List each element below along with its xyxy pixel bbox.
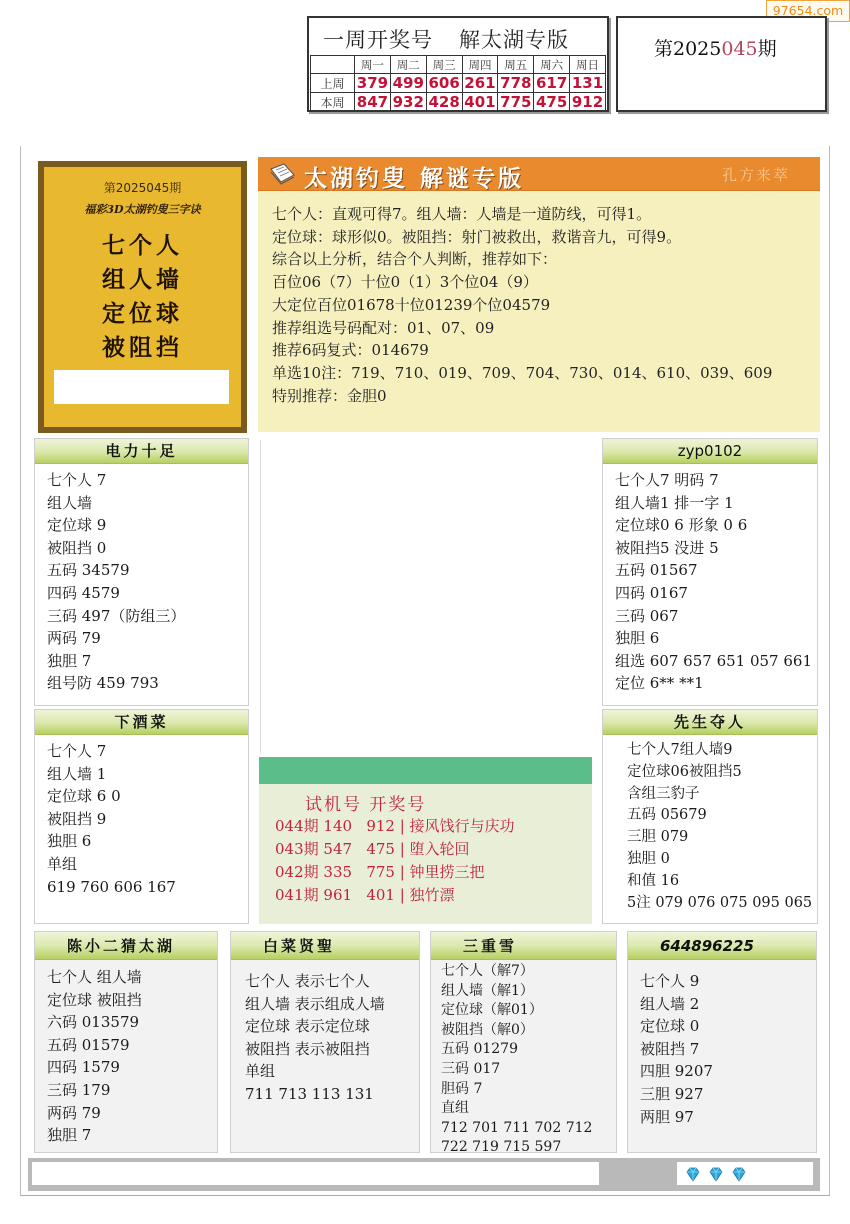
tip-line: 722 719 715 597 bbox=[441, 1138, 616, 1158]
draw-number: 847 bbox=[355, 93, 391, 112]
draw-number: 617 bbox=[534, 74, 570, 93]
tip-box-baicai: 白菜贤聖 七个人 表示七个人 组人墙 表示组成人墙 定位球 表示定位球 被阻挡 … bbox=[230, 931, 420, 1153]
day-header: 周三 bbox=[426, 56, 462, 74]
tip-line: 组选 607 657 651 057 661 bbox=[615, 650, 817, 673]
analysis-body: 七个人：直观可得7。组人墙：人墙是一道防线，可得1。 定位球：球形似0。被阻挡：… bbox=[258, 191, 820, 407]
tip-line: 619 760 606 167 bbox=[47, 876, 248, 899]
tip-line: 两码 79 bbox=[47, 627, 248, 650]
tip-line: 直组 bbox=[441, 1099, 616, 1119]
tip-line: 三码 179 bbox=[47, 1079, 217, 1102]
tip-line: 被阻挡 表示被阻挡 bbox=[245, 1038, 419, 1061]
tip-line: 被阻挡 7 bbox=[640, 1038, 816, 1061]
tip-line: 5注 079 076 075 095 065 bbox=[627, 893, 817, 915]
tip-box-xiajiu: 下酒菜 七个人 7 组人墙 1 定位球 6 0 被阻挡 9 独胆 6 单组 61… bbox=[34, 709, 249, 924]
draw-number: 606 bbox=[426, 74, 462, 93]
tip-line: 组人墙 bbox=[47, 492, 248, 515]
tip-line: 独胆 6 bbox=[47, 830, 248, 853]
tip-line: 组人墙 表示组成人墙 bbox=[245, 993, 419, 1016]
riddle-line: 被阻挡 bbox=[44, 331, 241, 365]
trial-row: 042期 335 775 | 钟里捞三把 bbox=[275, 861, 592, 884]
trial-title: 试机号 开奖号 bbox=[259, 784, 592, 815]
riddle-line: 定位球 bbox=[44, 297, 241, 331]
tip-box-xiansheng: 先生夺人 七个人7组人墙9 定位球06被阻挡5 含组三豹子 五码 05679 三… bbox=[602, 709, 818, 924]
tip-line: 和值 16 bbox=[627, 871, 817, 893]
card-issue: 第2025045期 bbox=[44, 179, 241, 196]
card-blank-strip bbox=[54, 370, 229, 404]
day-header: 周六 bbox=[534, 56, 570, 74]
tip-line: 被阻挡（解0） bbox=[441, 1021, 616, 1041]
title-right: 解太湖专版 bbox=[459, 28, 569, 52]
diamond-icon bbox=[708, 1166, 724, 1182]
day-header: 周四 bbox=[462, 56, 498, 74]
tip-line: 组人墙 2 bbox=[640, 993, 816, 1016]
box-title: 先生夺人 bbox=[603, 710, 817, 735]
tip-line: 被阻挡5 没进 5 bbox=[615, 537, 817, 560]
row-label: 上周 bbox=[311, 74, 355, 93]
tip-line: 定位球 9 bbox=[47, 514, 248, 537]
draw-number: 778 bbox=[498, 74, 534, 93]
tip-box-dianli: 电力十足 七个人 7 组人墙 定位球 9 被阻挡 0 五码 34579 四码 4… bbox=[34, 438, 249, 706]
trial-header-band bbox=[259, 757, 592, 784]
box-title: zyp0102 bbox=[603, 439, 817, 464]
draw-number: 428 bbox=[426, 93, 462, 112]
analysis-line: 七个人：直观可得7。组人墙：人墙是一道防线，可得1。 bbox=[272, 203, 820, 226]
analysis-line: 单选10注：719、710、019、709、704、730、014、610、03… bbox=[272, 362, 820, 385]
analysis-title: 太湖钓叟解谜专版 bbox=[304, 160, 524, 193]
tip-line: 五码 01567 bbox=[615, 559, 817, 582]
draw-number: 775 bbox=[498, 93, 534, 112]
tip-box-zyp0102: zyp0102 七个人7 明码 7 组人墙1 排一字 1 定位球0 6 形象 0… bbox=[602, 438, 818, 706]
tip-line: 胆码 7 bbox=[441, 1080, 616, 1100]
box-title: 电力十足 bbox=[35, 439, 248, 464]
analysis-credit: 孔方来萃 bbox=[722, 164, 790, 185]
analysis-line: 大定位百位01678十位01239个位04579 bbox=[272, 294, 820, 317]
diamond-icon bbox=[731, 1166, 747, 1182]
riddle-line: 七个人 bbox=[44, 229, 241, 263]
box-title: 下酒菜 bbox=[35, 710, 248, 735]
center-blank-area bbox=[260, 440, 598, 753]
tip-line: 独胆 7 bbox=[47, 650, 248, 673]
weekly-results-panel: 一周开奖号解太湖专版 周一 周二 周三 周四 周五 周六 周日 上周 379 4… bbox=[307, 16, 609, 112]
analysis-header: 太湖钓叟解谜专版 孔方来萃 bbox=[258, 157, 820, 191]
tip-box-chen: 陈小二猜太湖 七个人 组人墙 定位球 被阻挡 六码 013579 五码 0157… bbox=[34, 931, 218, 1153]
document-icon bbox=[268, 163, 296, 185]
day-header: 周五 bbox=[498, 56, 534, 74]
box-title: 644896225 bbox=[628, 932, 816, 960]
day-header: 周一 bbox=[355, 56, 391, 74]
table-row: 本周 847 932 428 401 775 475 912 bbox=[311, 93, 606, 112]
tip-line: 定位球0 6 形象 0 6 bbox=[615, 514, 817, 537]
title-left: 一周开奖号 bbox=[323, 28, 433, 52]
tip-line: 五码 05679 bbox=[627, 805, 817, 827]
analysis-line: 特别推荐：金胆0 bbox=[272, 385, 820, 408]
draw-number: 932 bbox=[390, 93, 426, 112]
trial-row: 044期 140 912 | 接风饯行与庆功 bbox=[275, 815, 592, 838]
tip-line: 三码 067 bbox=[615, 605, 817, 628]
tip-line: 四码 4579 bbox=[47, 582, 248, 605]
tip-line: 五码 01579 bbox=[47, 1034, 217, 1057]
tip-line: 定位球（解01） bbox=[441, 1001, 616, 1021]
tip-line: 四码 1579 bbox=[47, 1056, 217, 1079]
tip-line: 组人墙1 排一字 1 bbox=[615, 492, 817, 515]
draw-number: 261 bbox=[462, 74, 498, 93]
riddle-line: 组人墙 bbox=[44, 263, 241, 297]
tip-line: 单组 bbox=[47, 853, 248, 876]
tip-line: 三码 497（防组三） bbox=[47, 605, 248, 628]
card-subtitle: 福彩3D太湖钓叟三字诀 bbox=[44, 201, 241, 217]
issue-number: 第2025045期 bbox=[654, 34, 777, 61]
analysis-line: 百位06（7）十位0（1）3个位04（9） bbox=[272, 271, 820, 294]
tip-line: 独胆 0 bbox=[627, 849, 817, 871]
tip-line: 定位球 表示定位球 bbox=[245, 1015, 419, 1038]
tip-line: 六码 013579 bbox=[47, 1011, 217, 1034]
tip-line: 七个人（解7） bbox=[441, 962, 616, 982]
weekly-results-table: 周一 周二 周三 周四 周五 周六 周日 上周 379 499 606 261 … bbox=[310, 55, 606, 112]
tip-line: 四码 0167 bbox=[615, 582, 817, 605]
footer-rating bbox=[677, 1162, 813, 1185]
tip-line: 七个人 组人墙 bbox=[47, 966, 217, 989]
draw-number: 499 bbox=[390, 74, 426, 93]
tip-line: 组号防 459 793 bbox=[47, 672, 248, 695]
tip-line: 七个人 表示七个人 bbox=[245, 970, 419, 993]
row-label: 本周 bbox=[311, 93, 355, 112]
draw-number: 401 bbox=[462, 93, 498, 112]
riddle-card: 第2025045期 福彩3D太湖钓叟三字诀 七个人 组人墙 定位球 被阻挡 bbox=[38, 161, 247, 433]
tip-line: 七个人7组人墙9 bbox=[627, 740, 817, 762]
day-header: 周日 bbox=[570, 56, 606, 74]
tip-line: 七个人 9 bbox=[640, 970, 816, 993]
analysis-line: 推荐6码复式：014679 bbox=[272, 339, 820, 362]
draw-number: 379 bbox=[355, 74, 391, 93]
tip-line: 定位 6** **1 bbox=[615, 672, 817, 695]
tip-line: 组人墙（解1） bbox=[441, 982, 616, 1002]
box-title: 陈小二猜太湖 bbox=[35, 932, 217, 960]
tip-line: 定位球 0 bbox=[640, 1015, 816, 1038]
diamond-icon bbox=[685, 1166, 701, 1182]
tip-line: 两码 79 bbox=[47, 1102, 217, 1125]
tip-box-sanchongxue: 三重雪 七个人（解7） 组人墙（解1） 定位球（解01） 被阻挡（解0） 五码 … bbox=[430, 931, 617, 1153]
tip-line: 三胆 079 bbox=[627, 827, 817, 849]
box-title: 三重雪 bbox=[431, 932, 616, 960]
draw-number: 131 bbox=[570, 74, 606, 93]
tip-line: 七个人7 明码 7 bbox=[615, 469, 817, 492]
tip-line: 定位球06被阻挡5 bbox=[627, 762, 817, 784]
tip-line: 被阻挡 0 bbox=[47, 537, 248, 560]
tip-box-644896225: 644896225 七个人 9 组人墙 2 定位球 0 被阻挡 7 四胆 920… bbox=[627, 931, 817, 1153]
analysis-panel: 太湖钓叟解谜专版 孔方来萃 七个人：直观可得7。组人墙：人墙是一道防线，可得1。… bbox=[258, 157, 820, 432]
table-row: 上周 379 499 606 261 778 617 131 bbox=[311, 74, 606, 93]
tip-line: 组人墙 1 bbox=[47, 763, 248, 786]
tip-line: 712 701 711 702 712 bbox=[441, 1119, 616, 1139]
tip-line: 含组三豹子 bbox=[627, 784, 817, 806]
tip-line: 七个人 7 bbox=[47, 469, 248, 492]
trial-row: 041期 961 401 | 独竹漂 bbox=[275, 884, 592, 907]
trial-numbers-panel: 试机号 开奖号 044期 140 912 | 接风饯行与庆功 043期 547 … bbox=[259, 757, 592, 924]
tip-line: 独胆 6 bbox=[615, 627, 817, 650]
footer-blank bbox=[32, 1162, 599, 1185]
trial-row: 043期 547 475 | 堕入轮回 bbox=[275, 838, 592, 861]
analysis-line: 推荐组选号码配对：01、07、09 bbox=[272, 317, 820, 340]
tip-line: 单组 bbox=[245, 1060, 419, 1083]
tip-line: 711 713 113 131 bbox=[245, 1083, 419, 1106]
analysis-line: 定位球：球形似0。被阻挡：射门被救出，救谐音九，可得9。 bbox=[272, 226, 820, 249]
issue-panel: 第2025045期 bbox=[616, 16, 827, 112]
tip-line: 被阻挡 9 bbox=[47, 808, 248, 831]
tip-line: 独胆 7 bbox=[47, 1124, 217, 1147]
tip-line: 五码 01279 bbox=[441, 1040, 616, 1060]
tip-line: 两胆 97 bbox=[640, 1106, 816, 1129]
tip-line: 三码 017 bbox=[441, 1060, 616, 1080]
day-header: 周二 bbox=[390, 56, 426, 74]
tip-line: 五码 34579 bbox=[47, 559, 248, 582]
tip-line: 四胆 9207 bbox=[640, 1060, 816, 1083]
weekly-results-title: 一周开奖号解太湖专版 bbox=[323, 24, 569, 54]
draw-number: 912 bbox=[570, 93, 606, 112]
tip-line: 定位球 被阻挡 bbox=[47, 989, 217, 1012]
tip-line: 定位球 6 0 bbox=[47, 785, 248, 808]
footer-bar bbox=[28, 1158, 820, 1191]
box-title: 白菜贤聖 bbox=[231, 932, 419, 960]
tip-line: 三胆 927 bbox=[640, 1083, 816, 1106]
analysis-line: 综合以上分析，结合个人判断，推荐如下： bbox=[272, 248, 820, 271]
draw-number: 475 bbox=[534, 93, 570, 112]
tip-line: 七个人 7 bbox=[47, 740, 248, 763]
riddle-lines: 七个人 组人墙 定位球 被阻挡 bbox=[44, 229, 241, 365]
